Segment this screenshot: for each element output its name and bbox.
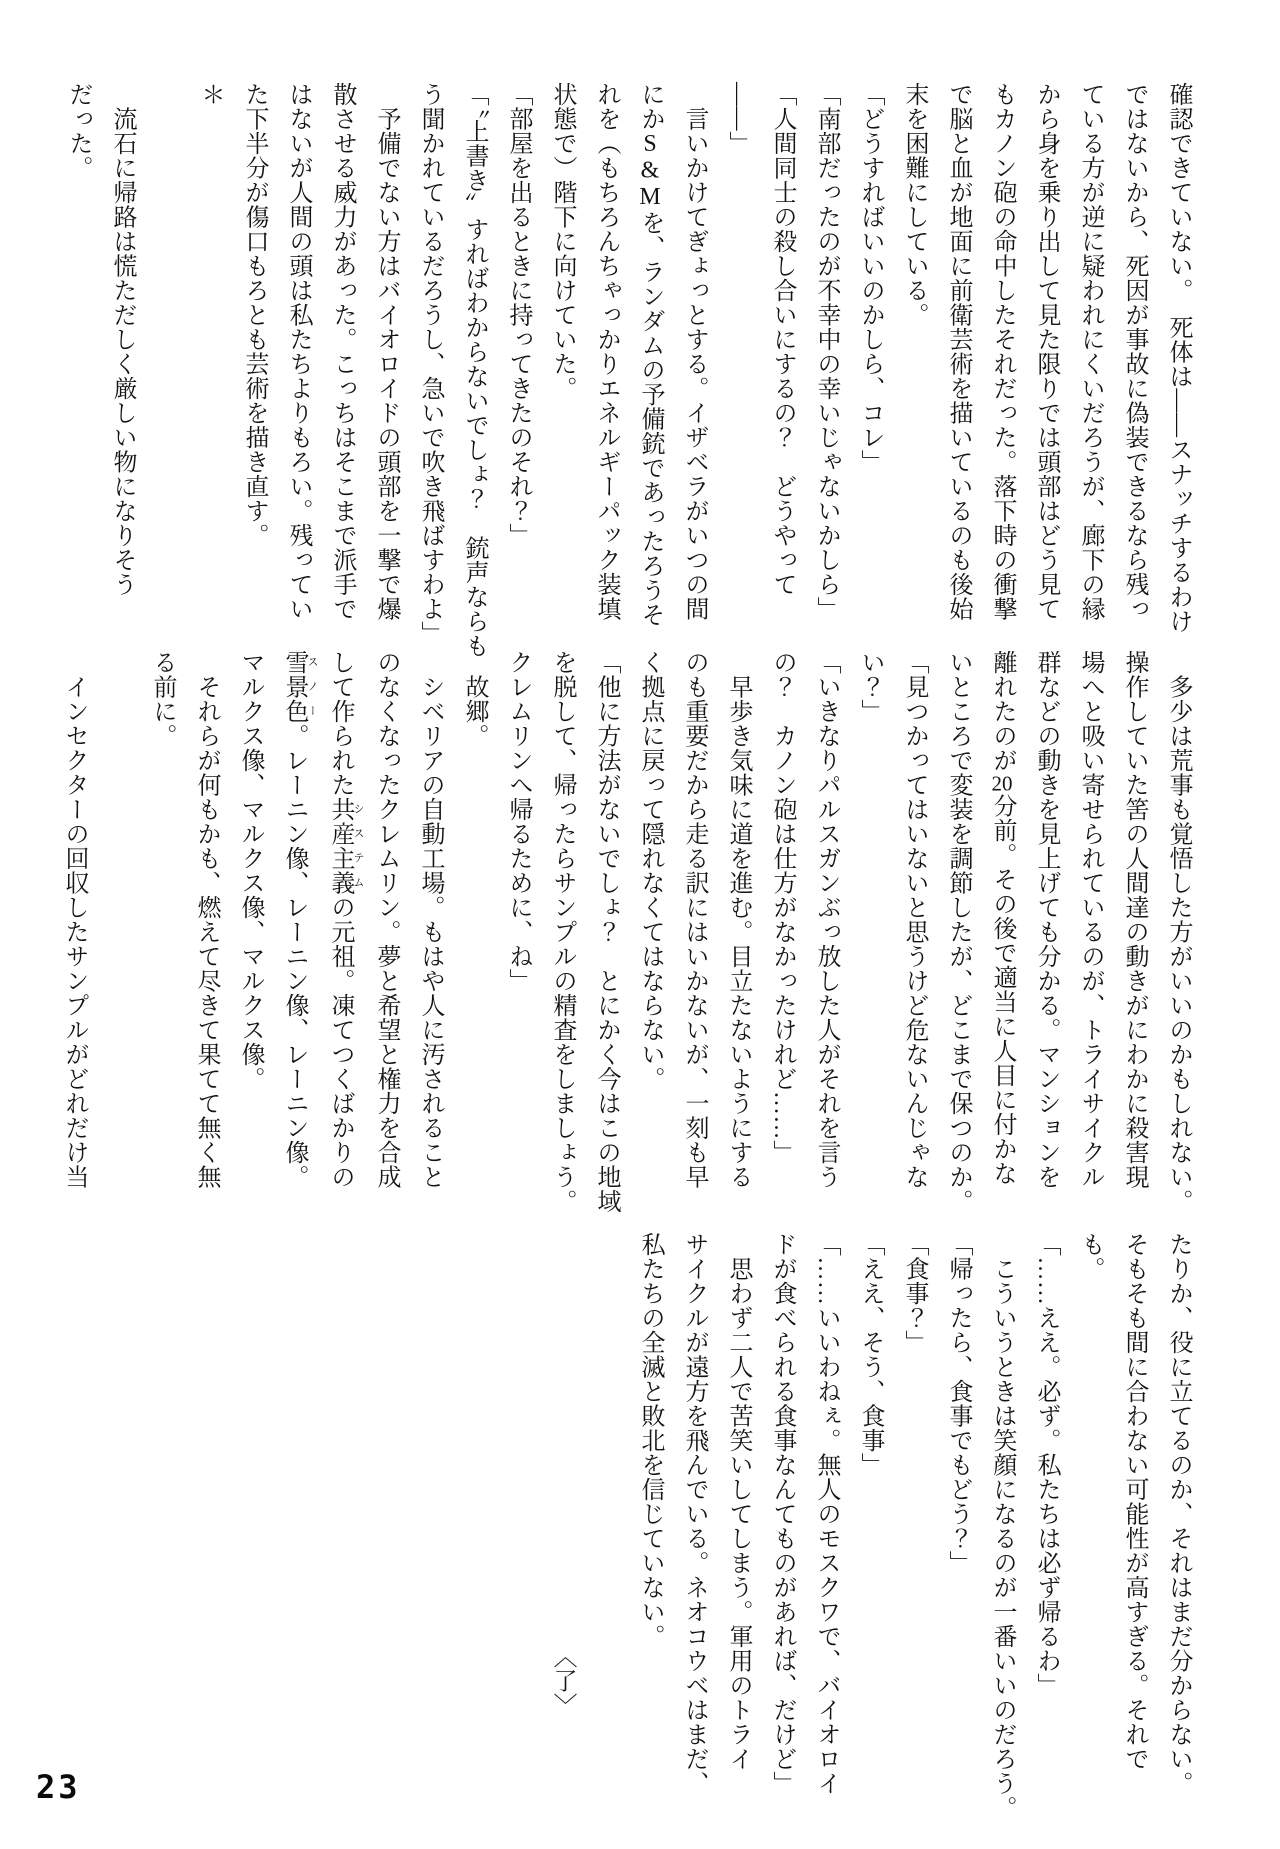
text-line: 言いかけてぎょっとする。イザベラがいつの間 — [672, 82, 716, 674]
text-line: 「人間同士の殺し合いにするの？ どうやって — [760, 82, 804, 674]
text-line: シベリアの自動工場。もはや人に汚されること — [408, 650, 452, 1242]
text-line: こういうときは笑顔になるのが一番いいのだろう。 — [980, 1232, 1024, 1824]
text-line: マルクス像、マルクス像、マルクス像。 — [228, 650, 272, 1242]
text-line: の？ カノン砲は仕方がなかったけれど……」 — [760, 650, 804, 1242]
text-line: クレムリンへ帰るために、ね」 — [496, 650, 540, 1242]
text-line: 「どうすればいいのかしら、コレ」 — [848, 82, 892, 674]
text-line: 多少は荒事も覚悟した方がいいのかもしれない。 — [1156, 650, 1200, 1242]
text-band-top: 確認できていない。 死体は――スナッチするわけではないから、死因が事故に偽装でき… — [50, 82, 1200, 674]
text-line: 「見つかってはいないと思うけど危ないんじゃな — [892, 650, 936, 1242]
text-line: それらが何もかも、燃えて尽きて果てて無く無 — [184, 650, 228, 1242]
text-line: 予備でない方はバイオロイドの頭部を一撃で爆 — [364, 82, 408, 674]
text-line: ――」 — [716, 82, 760, 674]
text-line: を脱して、帰ったらサンプルの精査をしましょう。 — [540, 650, 584, 1242]
text-line: はないが人間の頭は私たちよりもろい。残ってい — [276, 82, 320, 674]
page-number: 23 — [36, 1768, 81, 1806]
text-line: 私たちの全滅と敗北を信じていない。 — [628, 1232, 672, 1824]
tate-chu-yoko-number: 20 — [990, 773, 1014, 794]
text-line: い？」 — [848, 650, 892, 1242]
text-line: た下半分が傷口もろとも芸術を描き直す。 — [232, 82, 276, 674]
text-line: もカノン砲の命中したそれだった。落下時の衝撃 — [980, 82, 1024, 674]
text-line: ドが食べられる食事なんてものがあれば、だけど」 — [760, 1232, 804, 1824]
text-line: 「部屋を出るときに持ってきたのそれ？」 — [496, 82, 540, 674]
text-band-bottom: たりか、役に立てるのか、それはまだ分からない。そもそも間に合わない可能性が高すぎ… — [50, 1232, 1200, 1824]
text-line: たりか、役に立てるのか、それはまだ分からない。 — [1156, 1232, 1200, 1824]
text-line: のも重要だから走る訳にはいかないが、一刻も早 — [672, 650, 716, 1242]
novel-page: 確認できていない。 死体は――スナッチするわけではないから、死因が事故に偽装でき… — [0, 0, 1280, 1849]
text-line: 「〝上書き〟すればわからないでしょ？ 銃声ならも — [452, 82, 496, 674]
text-line: ではないから、死因が事故に偽装できるなら残っ — [1112, 82, 1156, 674]
text-line: ている方が逆に疑われにくいだろうが、廊下の縁 — [1068, 82, 1112, 674]
text-line: 「帰ったら、食事でもどう？」 — [936, 1232, 980, 1824]
text-line: も。 — [1068, 1232, 1112, 1824]
text-line: で脳と血が地面に前衛芸術を描いているのも後始 — [936, 82, 980, 674]
text-line: ＊ — [188, 82, 232, 674]
text-line: 状態で）階下に向けていた。 — [540, 82, 584, 674]
text-line: 操作していた筈の人間達の動きがにわかに殺害現 — [1112, 650, 1156, 1242]
upright-latin: S&M — [637, 131, 663, 211]
text-line — [96, 650, 140, 1242]
text-line: 雪景色スノー。レーニン像、レーニン像、レーニン像。 — [272, 650, 318, 1242]
text-line: く拠点に戻って隠れなくてはならない。 — [628, 650, 672, 1242]
text-line: 「いきなりパルスガンぶっ放した人がそれを言う — [804, 650, 848, 1242]
text-line: そもそも間に合わない可能性が高すぎる。それで — [1112, 1232, 1156, 1824]
text-line: れを（もちろんちゃっかりエネルギーパック装填 — [584, 82, 628, 674]
text-line — [144, 82, 188, 674]
end-mark: 〈了〉 — [540, 1232, 584, 1824]
text-line: 故郷。 — [452, 650, 496, 1242]
text-line: 「ええ、そう、食事」 — [848, 1232, 892, 1824]
text-line: にかS&Mを、ランダムの予備銃であったろうそ — [628, 82, 672, 674]
text-line: 群などの動きを見上げても分かる。マンションを — [1024, 650, 1068, 1242]
text-line: 「南部だったのが不幸中の幸いじゃないかしら」 — [804, 82, 848, 674]
text-line: だった。 — [56, 82, 100, 674]
text-line: 「他に方法がないでしょ？ とにかく今はこの地域 — [584, 650, 628, 1242]
text-line: 早歩き気味に道を進む。目立たないようにする — [716, 650, 760, 1242]
text-line: から身を乗り出して見た限りでは頭部はどう見て — [1024, 82, 1068, 674]
text-band-middle: 多少は荒事も覚悟した方がいいのかもしれない。操作していた筈の人間達の動きがにわか… — [50, 650, 1200, 1242]
text-line: いところで変装を調節したが、どこまで保つのか。 — [936, 650, 980, 1242]
text-line: 末を困難にしている。 — [892, 82, 936, 674]
text-line: 思わず二人で苦笑いしてしまう。軍用のトライ — [716, 1232, 760, 1824]
text-line — [584, 1232, 628, 1824]
text-line: 確認できていない。 死体は――スナッチするわけ — [1156, 82, 1200, 674]
text-line: 場へと吸い寄せられているのが、トライサイクル — [1068, 650, 1112, 1242]
text-line: 「……ええ。必ず。私たちは必ず帰るわ」 — [1024, 1232, 1068, 1824]
text-line: 「食事？」 — [892, 1232, 936, 1824]
text-line: 流石に帰路は慌ただしく厳しい物になりそう — [100, 82, 144, 674]
text-line: インセクターの回収したサンプルがどれだけ当 — [52, 650, 96, 1242]
text-line: 散させる威力があった。こっちはそこまで派手で — [320, 82, 364, 674]
text-line: う聞かれているだろうし、急いで吹き飛ばすわよ」 — [408, 82, 452, 674]
text-line: して作られた共産主義システムの元祖。凍てつくばかりの — [318, 650, 364, 1242]
text-line: 「……いいわねぇ。無人のモスクワで、バイオロイ — [804, 1232, 848, 1824]
text-line: サイクルが遠方を飛んでいる。ネオコウベはまだ、 — [672, 1232, 716, 1824]
text-line: のなくなったクレムリン。夢と希望と権力を合成 — [364, 650, 408, 1242]
text-line: る前に。 — [140, 650, 184, 1242]
text-line: 離れたのが20分前。その後で適当に人目に付かな — [980, 650, 1024, 1242]
